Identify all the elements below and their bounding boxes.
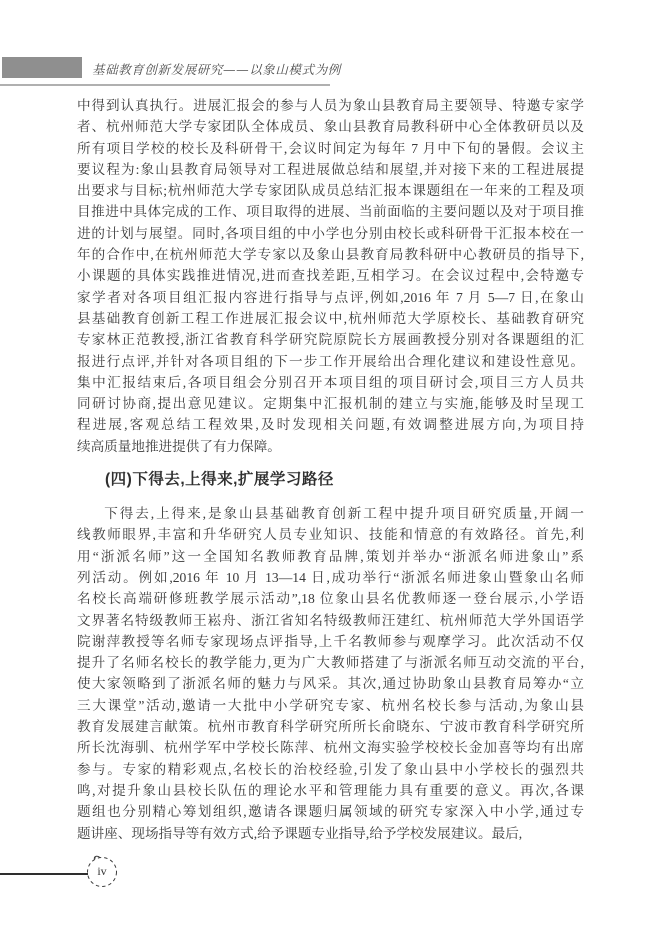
text-line: 中得到认真执行。进展汇报会的参与人员为象山县教育局主要领导、特邀专家学 [77, 95, 584, 116]
text-line: 进的计划与展望。同时,各项目组的中小学也分别由校长或科研骨干汇报本校在一 [77, 223, 584, 244]
running-head-title: 基础教育创新发展研究——以象山模式为例 [92, 60, 341, 78]
text-line: 列活动。例如,2016 年 10 月 13—14 日,成功举行“浙派名师进象山暨… [77, 567, 584, 588]
text-line: 专家林正范教授,浙江省教育科学研究院原院长方展画教授分别对各课题组的汇 [77, 329, 584, 350]
text-line: 所长沈海驯、杭州学军中学校长陈萍、杭州文海实验学校校长金加喜等均有出席 [77, 737, 584, 758]
book-page: 基础教育创新发展研究——以象山模式为例 中得到认真执行。进展汇报会的参与人员为象… [0, 0, 661, 925]
text-line: 者、杭州师范大学专家团队全体成员、象山县教育局教科研中心全体教研员以及 [77, 116, 584, 137]
text-line: 续高质量地推进提供了有力保障。 [77, 436, 584, 457]
text-line: 鸣,对提升象山县校长队伍的理论水平和管理能力具有重要的意义。再次,各课 [77, 780, 584, 801]
text-line: 要议程为:象山县教育局领导对工程进展做总结和展望,并对接下来的工程进展提 [77, 159, 584, 180]
text-line: 题讲座、现场指导等有效方式,给予课题专业指导,给予学校发展建议。最后, [77, 823, 584, 844]
footer-rule [0, 873, 88, 875]
text-line: 提升了名师名校长的教学能力,更为广大教师搭建了与浙派名师互动交流的平台, [77, 652, 584, 673]
text-line: 县基础教育创新工程工作进展汇报会议中,杭州师范大学原校长、基础教育研究 [77, 308, 584, 329]
text-line: 家学者对各项目组汇报内容进行指导与点评,例如,2016 年 7 月 5—7 日,… [77, 287, 584, 308]
text-line: 文界著名特级教师王崧舟、浙江省知名特级教师汪建红、杭州师范大学外国语学 [77, 610, 584, 631]
page-number: iv [84, 864, 120, 879]
text-line: 下得去,上得来,是象山县基础教育创新工程中提升项目研究质量,开阔一 [77, 503, 584, 524]
text-line: 名校长高端研修班教学展示活动”,18 位象山县名优教师逐一登台展示,小学语 [77, 588, 584, 609]
paragraph: 下得去,上得来,是象山县基础教育创新工程中提升项目研究质量,开阔一线教师眼界,丰… [77, 503, 584, 844]
header-bar-decoration [2, 57, 82, 78]
text-line: 出要求与目标;杭州师范大学专家团队成员总结汇报本课题组在一年来的工程及项 [77, 180, 584, 201]
paragraph-continued: 中得到认真执行。进展汇报会的参与人员为象山县教育局主要领导、特邀专家学者、杭州师… [77, 95, 584, 457]
text-line: 院谢萍教授等名师专家现场点评指导,上千名教师参与观摩学习。此次活动不仅 [77, 631, 584, 652]
section-heading: (四)下得去,上得来,扩展学习路径 [77, 469, 584, 491]
text-line: 用“浙派名师”这一全国知名教师教育品牌,策划并举办“浙派名师进象山”系 [77, 546, 584, 567]
text-line: 同研讨协商,提出意见建议。定期集中汇报机制的建立与实施,能够及时呈现工 [77, 393, 584, 414]
text-line: 集中汇报结束后,各项目组会分别召开本项目组的项目研讨会,项目三方人员共 [77, 372, 584, 393]
text-line: 三大课堂”活动,邀请一大批中小学研究专家、杭州名校长参与活动,为象山县 [77, 695, 584, 716]
text-line: 线教师眼界,丰富和升华研究人员专业知识、技能和情意的有效路径。首先,利 [77, 524, 584, 545]
text-line: 年的合作中,在杭州师范大学专家以及象山县教育局教科研中心教研员的指导下, [77, 244, 584, 265]
text-line: 教育发展建言献策。杭州市教育科学研究所所长俞晓东、宁波市教育科学研究所 [77, 716, 584, 737]
page-body: 中得到认真执行。进展汇报会的参与人员为象山县教育局主要领导、特邀专家学者、杭州师… [77, 95, 584, 844]
text-line: 程进展,客观总结工程效果,及时发现相关问题,有效调整进展方向,为项目持 [77, 414, 584, 435]
text-line: 参与。专家的精彩观点,名校长的治校经验,引发了象山县中小学校长的强烈共 [77, 759, 584, 780]
text-line: 报进行点评,并针对各项目组的下一步工作开展给出合理化建议和建设性意见。 [77, 351, 584, 372]
text-line: 目推进中具体完成的工作、项目取得的进展、当前面临的主要问题以及对于项目推 [77, 201, 584, 222]
text-line: 使大家领略到了浙派名师的魅力与风采。其次,通过协助象山县教育局筹办“立 [77, 673, 584, 694]
header-rule [0, 84, 330, 86]
text-line: 题组也分别精心筹划组织,邀请各课题归属领域的研究专家深入中小学,通过专 [77, 801, 584, 822]
text-line: 小课题的具体实践推进情况,进而查找差距,互相学习。在会议过程中,会特邀专 [77, 265, 584, 286]
text-line: 所有项目学校的校长及科研骨干,会议时间定为每年 7 月中下旬的暑假。会议主 [77, 138, 584, 159]
